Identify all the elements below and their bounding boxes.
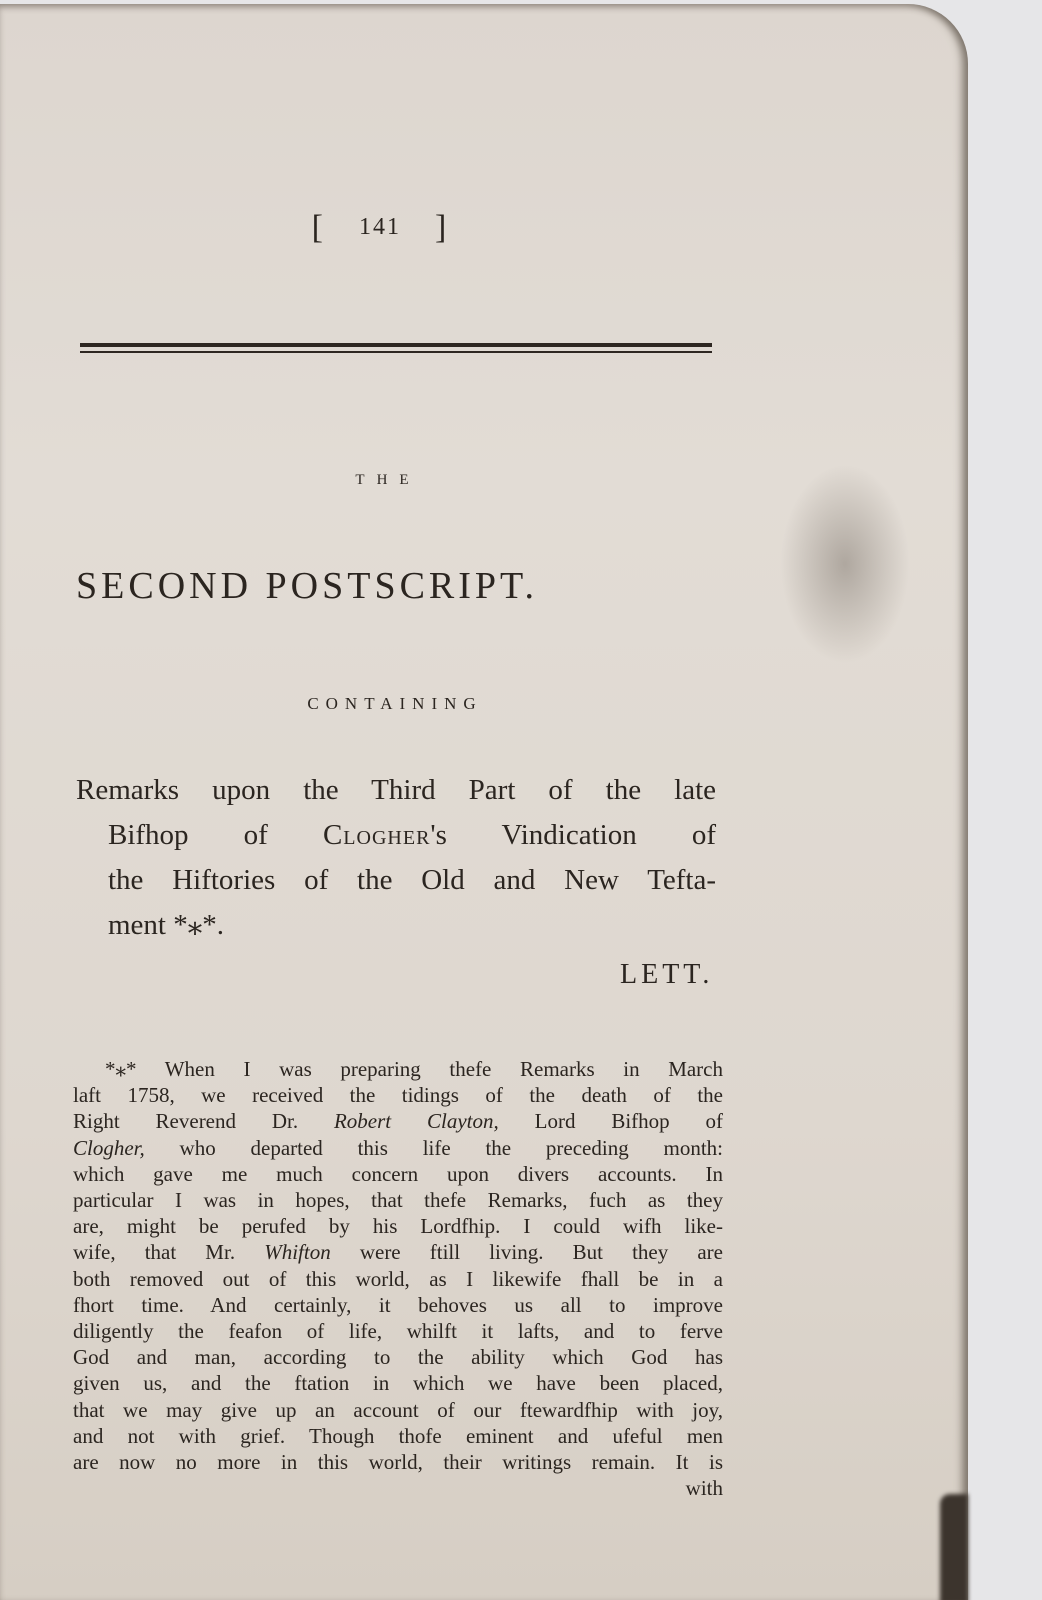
footnote-line: which gave me much concern upon divers a… (73, 1161, 723, 1187)
bracket-close: ] (435, 209, 448, 246)
catch-heading: LETT. (620, 959, 713, 991)
footnote: *⁎* When I was preparing thefe Remarks i… (73, 1056, 723, 1501)
footnote-line: diligently the feafon of life, whilft it… (73, 1318, 723, 1344)
footnote-line: given us, and the ftation in which we ha… (73, 1370, 723, 1396)
footnote-line: God and man, according to the ability wh… (73, 1344, 723, 1370)
double-rule-bottom (80, 351, 712, 353)
subtitle-line: the Hiftories of the Old and New Tefta- (76, 858, 716, 903)
footnote-line: *⁎* When I was preparing thefe Remarks i… (73, 1056, 723, 1082)
footnote-line: and not with grief. Though thofe eminent… (73, 1423, 723, 1449)
footnote-line: wife, that Mr. Whifton were ftill living… (73, 1239, 723, 1265)
page-number: [141] (0, 209, 760, 247)
footnote-line: both removed out of this world, as I lik… (73, 1266, 723, 1292)
stain (780, 464, 910, 664)
footnote-line: fhort time. And certainly, it behoves us… (73, 1292, 723, 1318)
heading-the: THE (0, 472, 768, 489)
heading-containing: CONTAINING (0, 694, 790, 714)
footnote-line: are now no more in this world, their wri… (73, 1449, 723, 1475)
footnote-line: Right Reverend Dr. Robert Clayton, Lord … (73, 1108, 723, 1134)
footnote-line: are, might be perufed by his Lordfhip. I… (73, 1213, 723, 1239)
page-title: SECOND POSTSCRIPT. (76, 564, 716, 608)
catchword: with (73, 1475, 723, 1501)
double-rule-top (80, 343, 712, 347)
subtitle-line: ment *⁎*. (76, 903, 716, 948)
page-number-value: 141 (359, 214, 401, 240)
subtitle-line: Bifhop of Clogher's Vindication of (76, 813, 716, 858)
footnote-line: Clogher, who departed this life the prec… (73, 1135, 723, 1161)
footnote-line: laft 1758, we received the tidings of th… (73, 1082, 723, 1108)
footnote-line: that we may give up an account of our ft… (73, 1397, 723, 1423)
book-page: [141] THE SECOND POSTSCRIPT. CONTAINING … (0, 4, 968, 1600)
subtitle: Remarks upon the Third Part of the late … (76, 768, 716, 948)
subtitle-line: Remarks upon the Third Part of the late (76, 768, 716, 813)
footnote-line: particular I was in hopes, that thefe Re… (73, 1187, 723, 1213)
bracket-open: [ (312, 209, 325, 246)
